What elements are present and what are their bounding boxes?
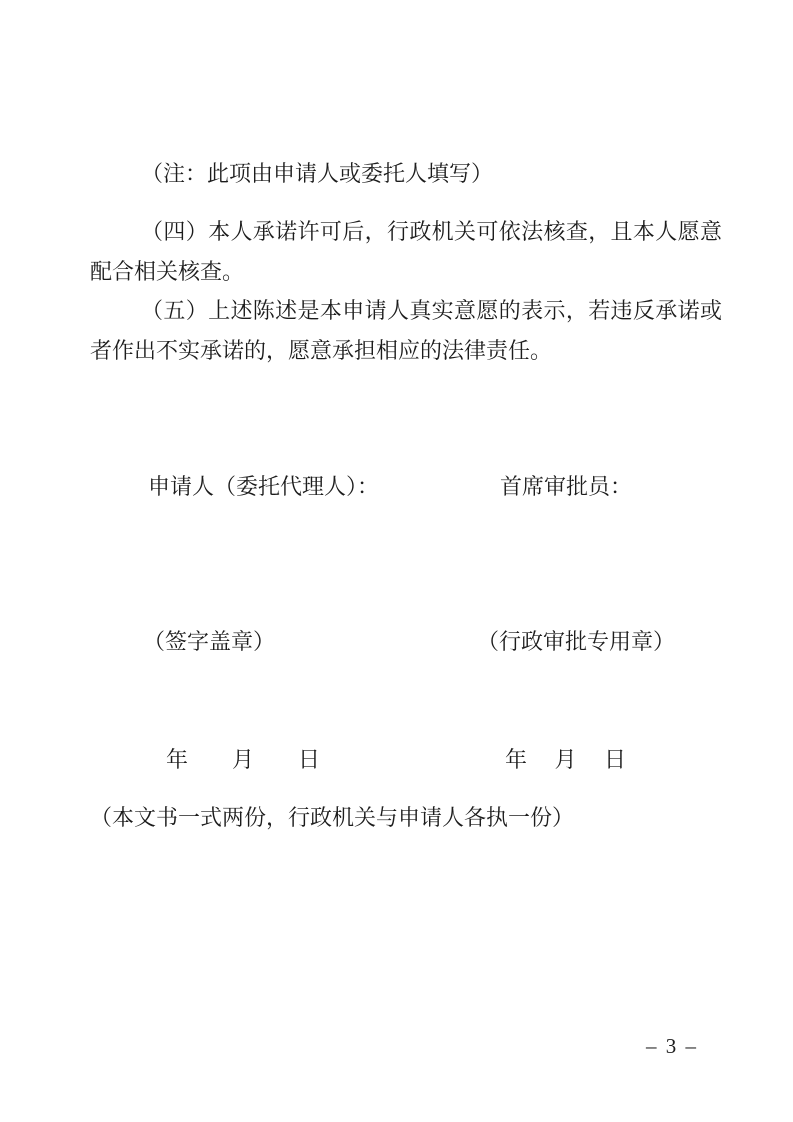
date-lines-row: 年 月 日 年 月 日 — [0, 740, 793, 780]
clause-four: （四）本人承诺许可后，行政机关可依法核查，且本人愿意配合相关核查。 — [90, 212, 722, 292]
signature-labels-row: 申请人（委托代理人）： 首席审批员： — [0, 467, 793, 507]
document-page: （注：此项由申请人或委托人填写） （四）本人承诺许可后，行政机关可依法核查，且本… — [0, 0, 793, 1122]
approver-seal-note: （行政审批专用章） — [477, 622, 675, 662]
chief-approver-label: 首席审批员： — [500, 467, 632, 507]
approver-date-line: 年 月 日 — [505, 740, 626, 780]
applicant-date-line: 年 月 日 — [166, 740, 320, 780]
seal-notes-row: （签字盖章） （行政审批专用章） — [0, 622, 793, 662]
copies-distribution-note: （本文书一式两份，行政机关与申请人各执一份） — [90, 798, 740, 838]
page-number: – 3 – — [646, 1026, 698, 1066]
clause-five: （五）上述陈述是本申请人真实意愿的表示，若违反承诺或者作出不实承诺的，愿意承担相… — [90, 291, 722, 371]
applicant-seal-note: （签字盖章） — [143, 622, 275, 662]
fill-instruction-note: （注：此项由申请人或委托人填写） — [90, 154, 722, 194]
applicant-signature-label: 申请人（委托代理人）： — [148, 467, 379, 507]
